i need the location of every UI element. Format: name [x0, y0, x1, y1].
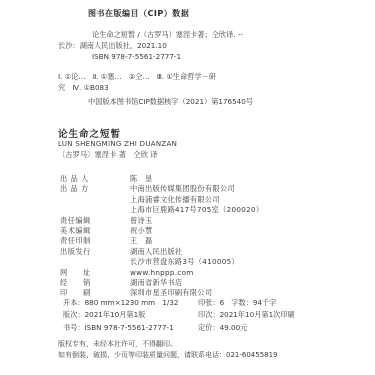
- credit-label: 出版发行: [60, 247, 130, 257]
- book-title: 论生命之短暂: [58, 126, 121, 140]
- credit-row-publisher-company: 上海浦睿文化传播有限公司: [60, 195, 263, 205]
- credits-list: 出 品 人 陈 垦 出 品 方 中南出版传媒集团股份有限公司 上海浦睿文化传播有…: [60, 174, 263, 299]
- credit-row-publisher-group: 出 品 方 中南出版传媒集团股份有限公司: [60, 184, 263, 194]
- credit-label: 责任编辑: [60, 216, 130, 226]
- cip-header: 图书在版编目（CIP）数据: [88, 8, 189, 19]
- credit-label: [60, 205, 130, 215]
- credit-row-producer: 出 品 人 陈 垦: [60, 174, 263, 184]
- cip-entry-line3: ISBN 978-7-5561-2777-1: [58, 51, 326, 62]
- book-title-pinyin: LUN SHENGMING ZHI DUANZAN: [58, 140, 177, 148]
- spec-impression: 印次：2021年10月第1次印刷: [198, 309, 295, 321]
- credit-value: 长沙市营盘东路3号（410005）: [130, 257, 239, 267]
- credit-value: 祝小慧: [130, 226, 152, 236]
- specs-left-column: 开本：880 mm×1230 mm 1/32 版次：2021年10月第1版 书号…: [63, 297, 179, 334]
- credit-label: 出 品 人: [60, 174, 130, 184]
- cip-entry: 论生命之短暂 /（古罗马）塞涅卡著；仝欣译. -- 长沙：湖南人民出版社，202…: [58, 29, 326, 62]
- spec-edition: 版次：2021年10月第1版: [63, 309, 179, 321]
- credit-row-publisher-address: 上海市巨鹿路417号705室（200020）: [60, 205, 263, 215]
- credit-label: 美术编辑: [60, 226, 130, 236]
- credit-value: 湖南人民出版社: [130, 247, 182, 257]
- credit-label: 责任印制: [60, 236, 130, 246]
- copyright-notice: 版权专有，未经本社许可，不得翻印。: [58, 339, 177, 349]
- credit-row-website: 网 址 www.hnppp.com: [60, 268, 263, 278]
- quality-hotline-notice: 如有倒装、破损、少页等印装质量问题，请联系电话：021-60455819: [58, 350, 278, 360]
- credit-label: [60, 195, 130, 205]
- credit-row-house-address: 长沙市营盘东路3号（410005）: [60, 257, 263, 267]
- cip-entry-line1: 论生命之短暂 /（古罗马）塞涅卡著；仝欣译. --: [58, 29, 326, 40]
- credit-value: 湖南省新华书店: [130, 278, 182, 288]
- credit-row-distributor: 经 销 湖南省新华书店: [60, 278, 263, 288]
- credit-label: 网 址: [60, 268, 130, 278]
- credit-label: 出 品 方: [60, 184, 130, 194]
- credit-row-print-supervisor: 责任印制 王 磊: [60, 236, 263, 246]
- cip-classification: Ⅰ. ①论… Ⅱ. ①塞… ②仝… Ⅲ. ①生命哲学－研 究 Ⅳ. ①B083: [58, 71, 326, 93]
- credit-value: 陈 垦: [130, 174, 152, 184]
- spec-format: 开本：880 mm×1230 mm 1/32: [63, 297, 179, 309]
- spec-isbn: 书号：ISBN 978-7-5561-2777-1: [63, 322, 179, 334]
- credit-value: www.hnppp.com: [130, 268, 194, 278]
- cip-class-line2: 究 Ⅳ. ①B083: [58, 82, 326, 93]
- spec-sheets-wordcount: 印张：6 字数：94千字: [198, 297, 295, 309]
- credit-row-publishing-house: 出版发行 湖南人民出版社: [60, 247, 263, 257]
- credit-value: 中南出版传媒集团股份有限公司: [130, 184, 235, 194]
- spec-price: 定价：49.00元: [198, 322, 295, 334]
- specs-right-column: 印张：6 字数：94千字 印次：2021年10月第1次印刷 定价：49.00元: [198, 297, 295, 334]
- credit-value: 上海市巨鹿路417号705室（200020）: [130, 205, 263, 215]
- cip-registration-number: 中国版本图书馆CIP数据核字（2021）第176540号: [88, 97, 253, 107]
- credit-label: [60, 257, 130, 267]
- credit-label: 经 销: [60, 278, 130, 288]
- credit-value: 曾诗玉: [130, 216, 152, 226]
- credit-row-art-editor: 美术编辑 祝小慧: [60, 226, 263, 236]
- cip-class-line1: Ⅰ. ①论… Ⅱ. ①塞… ②仝… Ⅲ. ①生命哲学－研: [58, 71, 326, 82]
- credit-value: 上海浦睿文化传播有限公司: [130, 195, 220, 205]
- credit-value: 王 磊: [130, 236, 152, 246]
- book-author-line: 〔古罗马〕塞涅卡 著 仝欣 译: [58, 150, 158, 160]
- cip-entry-line2: 长沙：湖南人民出版社，2021.10: [58, 40, 326, 51]
- copyright-page: 图书在版编目（CIP）数据 论生命之短暂 /（古罗马）塞涅卡著；仝欣译. -- …: [0, 0, 375, 375]
- credit-row-editor: 责任编辑 曾诗玉: [60, 216, 263, 226]
